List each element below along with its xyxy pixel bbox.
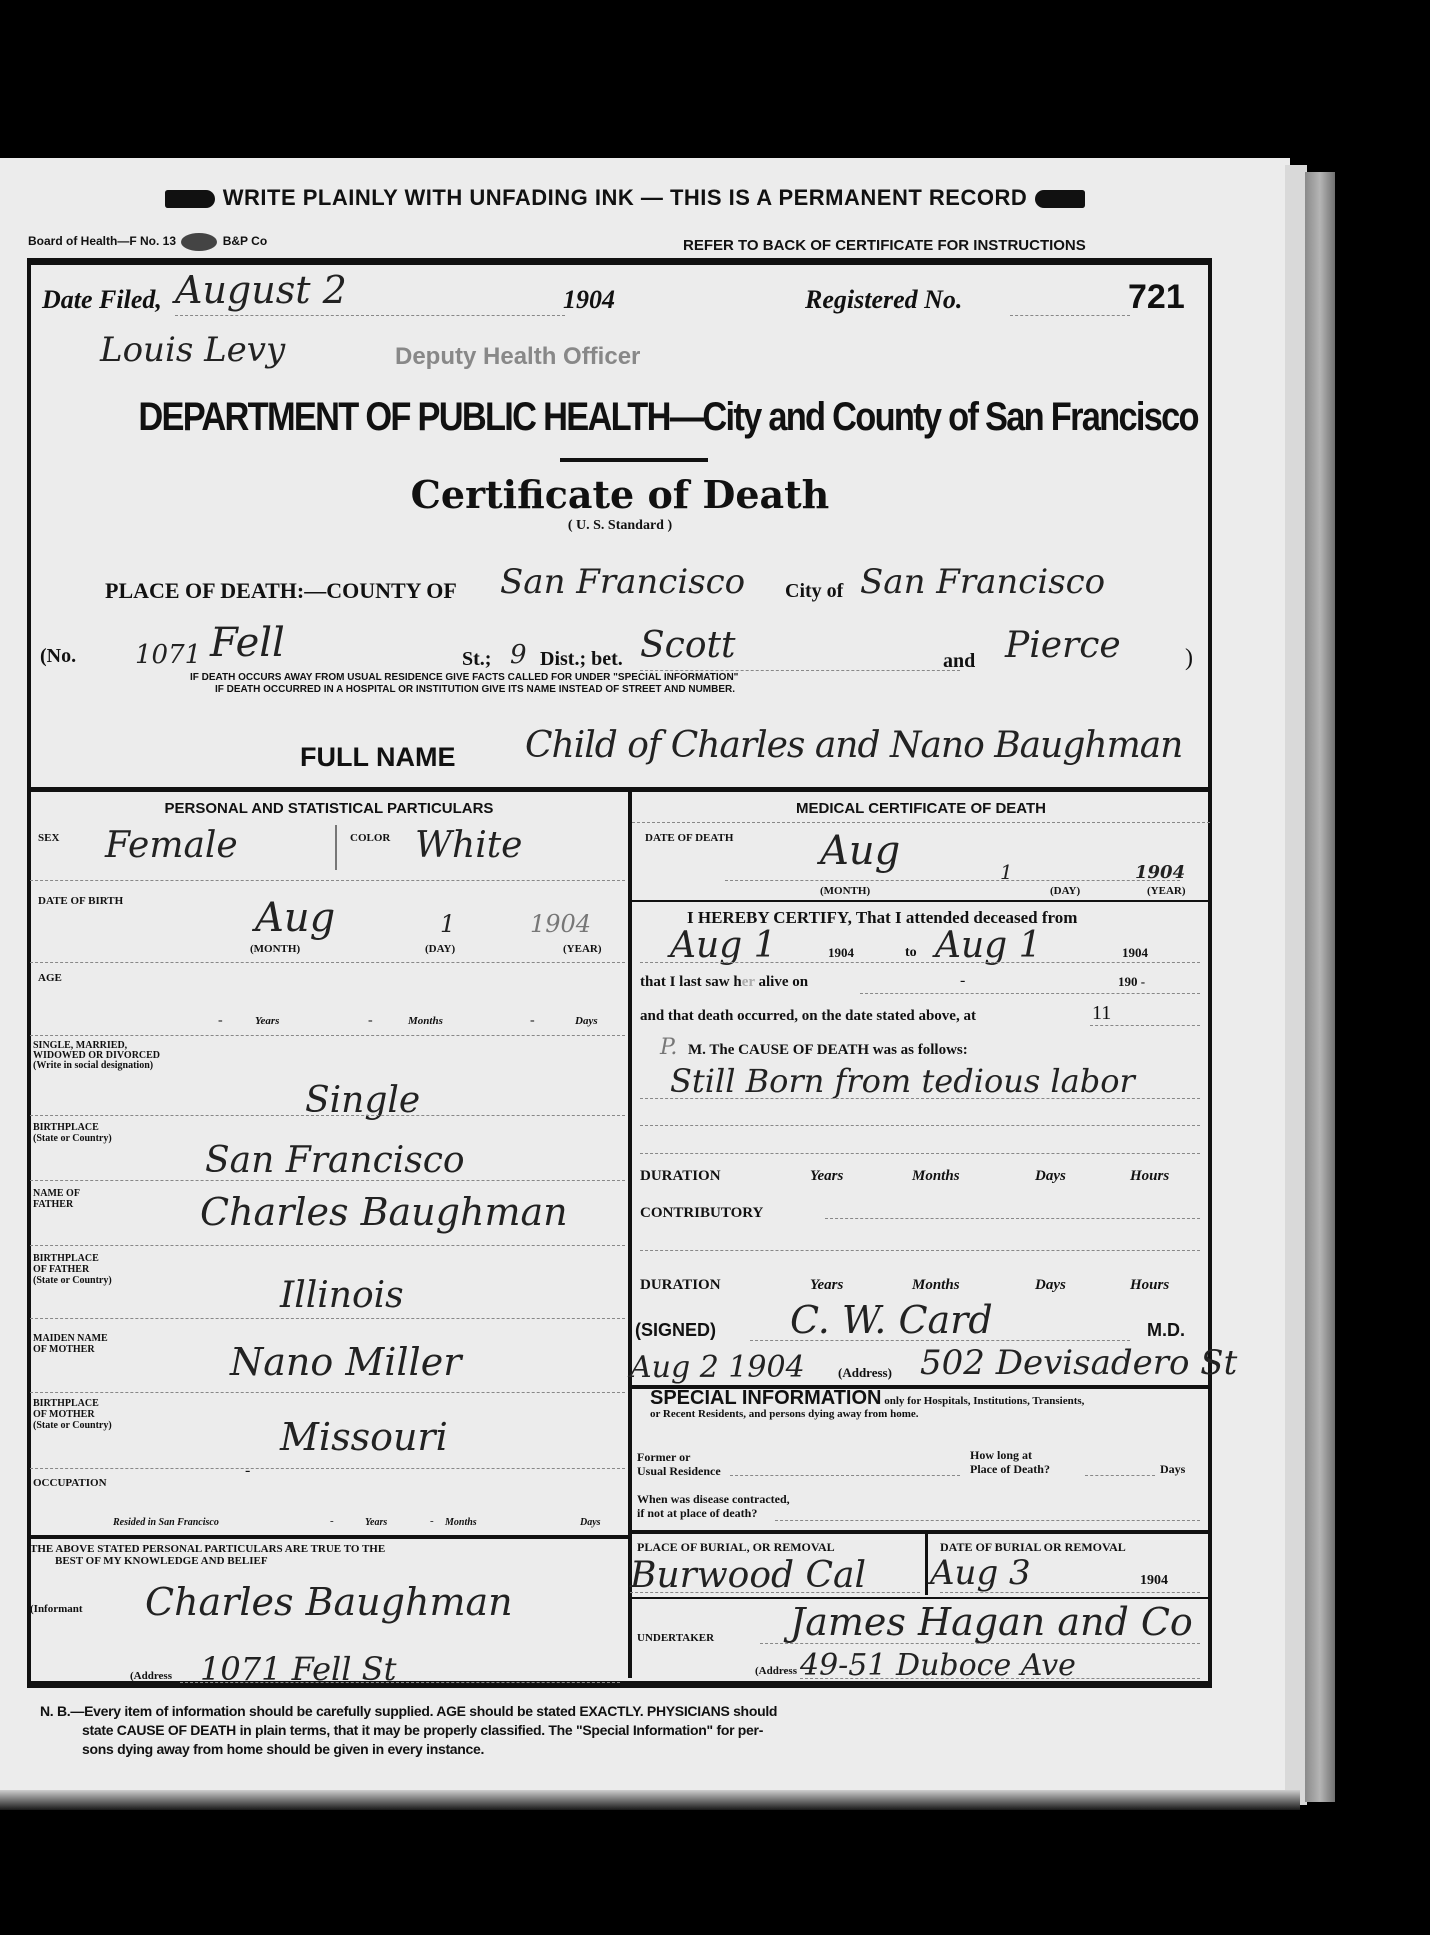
attended-to: Aug 1: [935, 925, 1042, 966]
informant-label: (Informant: [30, 1603, 83, 1615]
page-edge: [1285, 165, 1307, 1805]
dod-label: DATE OF DEATH: [645, 832, 733, 844]
to-year: 1904: [1122, 945, 1148, 961]
seal-icon: [181, 233, 217, 251]
age-months-value: -: [368, 1013, 373, 1029]
city-value: San Francisco: [860, 562, 1105, 602]
full-name-label: FULL NAME: [300, 742, 456, 773]
street-label: St.;: [462, 648, 491, 671]
certificate-title: Certificate of Death: [300, 472, 940, 517]
age-label: AGE: [38, 972, 62, 984]
dob-month: Aug: [255, 895, 335, 941]
occurred-text: and that death occurred, on the date sta…: [640, 1008, 976, 1025]
last-saw-year: 190 -: [1118, 974, 1145, 990]
duration-label-2: DURATION: [640, 1277, 721, 1294]
mother-value: Nano Miller: [230, 1340, 461, 1384]
mother-birthplace-value: Missouri: [280, 1415, 448, 1459]
place-of-death-label: PLACE OF DEATH:—County of: [105, 578, 457, 604]
page-bottom-shadow: [0, 1790, 1300, 1810]
resided-label: Resided in San Francisco: [113, 1517, 219, 1528]
footnote: N. B.—Every item of information should b…: [40, 1702, 777, 1759]
contributory-label: CONTRIBUTORY: [640, 1205, 763, 1222]
medical-heading: MEDICAL CERTIFICATE OF DEATH: [632, 800, 1210, 817]
father-birthplace-value: Illinois: [280, 1275, 404, 1316]
contracted-label: When was disease contracted, if not at p…: [637, 1492, 790, 1520]
color-label: COLOR: [350, 832, 390, 844]
father-birthplace-label: BIRTHPLACE OF FATHER (State or Country): [33, 1253, 112, 1286]
last-saw-value: -: [960, 972, 965, 990]
street-number: 1071: [135, 640, 201, 670]
informant-name: Charles Baughman: [145, 1580, 513, 1624]
undertaker-address-label: (Address: [755, 1665, 797, 1677]
physician-signature: C. W. Card: [790, 1298, 993, 1342]
standard-label: ( U. S. Standard ): [300, 518, 940, 534]
from-year: 1904: [828, 945, 854, 961]
date-filed-label: Date Filed,: [42, 285, 162, 315]
between-street-1: Scott: [640, 625, 735, 666]
color-value: White: [415, 825, 522, 866]
occupation-label: OCCUPATION: [33, 1477, 107, 1489]
personal-heading: PERSONAL AND STATISTICAL PARTICULARS: [30, 800, 628, 817]
father-label: NAME OF FATHER: [33, 1188, 80, 1210]
am-pm-value: P.: [660, 1035, 677, 1060]
how-long-label: How long at Place of Death?: [970, 1448, 1050, 1476]
place-note-2: IF DEATH OCCURRED IN A HOSPITAL OR INSTI…: [215, 684, 735, 695]
birthplace-label: BIRTHPLACE (State or Country): [33, 1122, 112, 1144]
sex-value: Female: [105, 825, 238, 866]
cause-of-death: Still Born from tedious labor: [670, 1060, 1200, 1102]
dob-label: DATE OF BIRTH: [38, 895, 123, 907]
former-residence-label: Former or Usual Residence: [637, 1450, 721, 1478]
district-number: 9: [510, 640, 527, 670]
dob-day: 1: [440, 910, 455, 938]
officer-title: Deputy Health Officer: [395, 343, 640, 371]
sex-label: SEX: [38, 832, 59, 844]
registered-label: Registered No.: [805, 285, 962, 315]
district-label: Dist.; bet.: [540, 648, 623, 671]
street-name: Fell: [210, 620, 285, 666]
pointing-hand-icon: [165, 190, 215, 208]
attended-from: Aug 1: [670, 925, 777, 966]
board-reference: Board of Health—F No. 13 B&P Co: [28, 233, 267, 251]
burial-place-label: PLACE OF BURIAL, OR REMOVAL: [637, 1540, 835, 1555]
age-years-value: -: [218, 1013, 223, 1029]
refer-note: REFER TO BACK OF CERTIFICATE FOR INSTRUC…: [683, 237, 1086, 254]
father-value: Charles Baughman: [200, 1190, 568, 1234]
pointing-hand-icon: [1035, 190, 1085, 208]
physician-address: 502 Devisadero St: [920, 1343, 1237, 1383]
dod-month: Aug: [820, 828, 900, 874]
registered-number: 721: [1128, 278, 1185, 317]
filed-year: 1904: [563, 285, 615, 315]
place-note-1: IF DEATH OCCURS AWAY FROM USUAL RESIDENC…: [190, 672, 738, 683]
undertaker-label: UNDERTAKER: [637, 1632, 714, 1644]
last-saw-text: that I last saw her alive on: [640, 974, 808, 991]
informant-address-label: (Address: [130, 1670, 172, 1682]
burial-place: Burwood Cal: [630, 1555, 866, 1596]
marital-label: SINGLE, MARRIED, WIDOWED OR DIVORCED (Wr…: [33, 1041, 160, 1071]
cause-intro: M. The CAUSE OF DEATH was as follows:: [688, 1042, 968, 1059]
informant-statement: THE ABOVE STATED PERSONAL PARTICULARS AR…: [30, 1543, 385, 1567]
mother-label: MAIDEN NAME OF MOTHER: [33, 1333, 108, 1355]
age-days-value: -: [530, 1013, 535, 1029]
dob-year: 1904: [530, 910, 591, 938]
md-label: M.D.: [1147, 1320, 1185, 1341]
between-street-2: Pierce: [1005, 625, 1121, 666]
signed-label: (SIGNED): [635, 1320, 716, 1341]
officer-signature: Louis Levy: [100, 330, 285, 370]
date-filed-value: August 2: [175, 268, 347, 312]
mother-birthplace-label: BIRTHPLACE OF MOTHER (State or Country): [33, 1398, 112, 1431]
time-of-death: 11: [1092, 1002, 1111, 1025]
county-value: San Francisco: [500, 562, 745, 602]
binder-edge: [1305, 172, 1335, 1802]
special-info-heading: SPECIAL INFORMATION only for Hospitals, …: [650, 1392, 1195, 1421]
birthplace-value: San Francisco: [205, 1140, 465, 1181]
and-label: and: [943, 650, 975, 673]
burial-year: 1904: [1140, 1573, 1168, 1589]
number-label: (No.: [40, 645, 76, 668]
physician-address-label: (Address): [838, 1365, 892, 1381]
signed-date: Aug 2 1904: [630, 1350, 805, 1385]
city-label: City of: [785, 580, 843, 603]
burial-date: Aug 3: [930, 1553, 1031, 1593]
undertaker-name: James Hagan and Co: [790, 1600, 1193, 1644]
permanent-record-banner: WRITE PLAINLY WITH UNFADING INK — THIS I…: [75, 185, 1175, 211]
duration-label-1: DURATION: [640, 1168, 721, 1185]
full-name-value: Child of Charles and Nano Baughman: [525, 725, 1182, 766]
department-title: DEPARTMENT OF PUBLIC HEALTH—City and Cou…: [138, 395, 1101, 440]
